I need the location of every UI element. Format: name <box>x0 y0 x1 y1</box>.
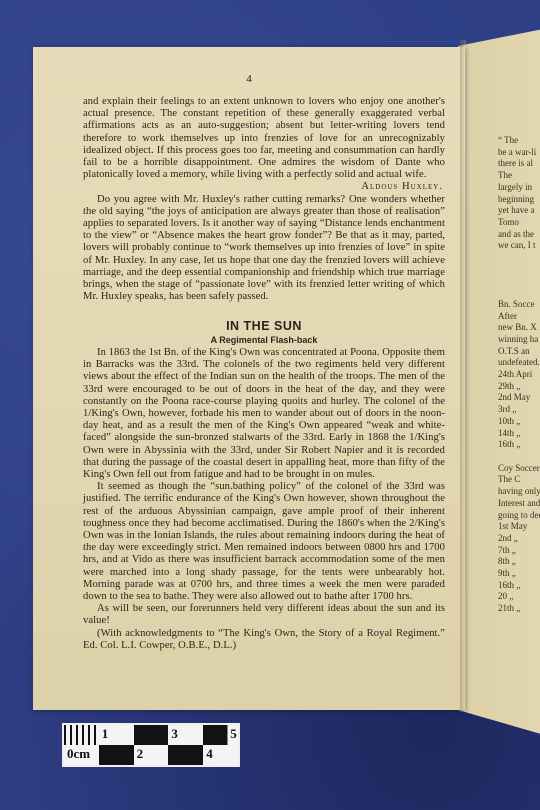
right-page-line <box>498 252 540 264</box>
scale-cell: 4 <box>203 745 238 765</box>
right-page-line: 16th „ <box>498 580 540 592</box>
right-page-line: The <box>498 170 540 182</box>
right-page-text: “ Thebe a war-lithere is alThelargely in… <box>498 135 540 615</box>
right-page-line: 21th „ <box>498 603 540 615</box>
right-page-line: be a war-li <box>498 147 540 159</box>
scale-cell: 3 <box>168 725 203 745</box>
right-page-line: 16th „ <box>498 439 540 451</box>
right-page-line: 3rd „ <box>498 404 540 416</box>
scale-label: 1 <box>102 726 109 742</box>
article-subtitle: A Regimental Flash-back <box>83 335 445 345</box>
right-page-line: The C <box>498 474 540 486</box>
right-page-line: there is al <box>498 158 540 170</box>
page-number: 4 <box>33 73 465 85</box>
right-page-line: 2nd „ <box>498 533 540 545</box>
left-page: 4 and explain their feelings to an exten… <box>33 47 465 710</box>
right-page-line: winning ha <box>498 334 540 346</box>
article-paragraph: It seemed as though the “sun.bathing pol… <box>83 481 445 603</box>
scale-label: 0cm <box>67 746 90 762</box>
scale-label: 4 <box>206 746 213 762</box>
right-page-line: beginning <box>498 194 540 206</box>
right-page-line: 10th „ <box>498 416 540 428</box>
right-page-line: 8th „ <box>498 556 540 568</box>
scale-label: 5 <box>230 726 237 742</box>
attribution: Aldous Huxley. <box>83 181 445 193</box>
intro-paragraph: and explain their feelings to an extent … <box>83 96 445 181</box>
right-page-line: yet have a <box>498 205 540 217</box>
right-page-line: 20 „ <box>498 591 540 603</box>
scale-label: 3 <box>171 726 178 742</box>
right-page-line: 29th „ <box>498 381 540 393</box>
scale-cell: 0cm <box>64 745 99 765</box>
article-body: In 1863 the 1st Bn. of the King's Own wa… <box>83 347 445 652</box>
commentary-paragraph: Do you agree with Mr. Huxley's rather cu… <box>83 194 445 304</box>
scale-cell <box>134 725 169 745</box>
right-page-line: O.T.S an <box>498 346 540 358</box>
right-page-line: Coy Soccer <box>498 463 540 475</box>
scale-cell-ticks <box>64 725 99 745</box>
right-page-line: 24th Apri <box>498 369 540 381</box>
right-page-line: having only <box>498 486 540 498</box>
right-page-line: 1st May <box>498 521 540 533</box>
scale-cell <box>168 745 203 765</box>
right-page-line: 9th „ <box>498 568 540 580</box>
scale-cell <box>99 745 134 765</box>
right-page-line: Tomo <box>498 217 540 229</box>
right-page-line <box>498 287 540 299</box>
right-page-line: and as the <box>498 229 540 241</box>
scale-cell: 5 <box>203 725 238 745</box>
right-page-line <box>498 264 540 276</box>
right-page-line: undefeated. <box>498 357 540 369</box>
acknowledgment: (With acknowledgments to “The King's Own… <box>83 628 445 652</box>
right-page-line: 2nd May <box>498 392 540 404</box>
scale-bar: 1 3 5 0cm 2 4 <box>62 723 240 767</box>
right-page-line: After <box>498 311 540 323</box>
right-page-line: Bn. Socce <box>498 299 540 311</box>
right-page-line: “ The <box>498 135 540 147</box>
right-page-line: we can, I t <box>498 240 540 252</box>
right-page-line <box>498 451 540 463</box>
right-page-line: new Bn. X <box>498 322 540 334</box>
article-title: IN THE SUN <box>83 319 445 333</box>
scale-label: 2 <box>137 746 144 762</box>
scale-cell: 2 <box>134 745 169 765</box>
right-page-line: going to dec <box>498 510 540 522</box>
article-paragraph: In 1863 the 1st Bn. of the King's Own wa… <box>83 347 445 481</box>
page-fold-shadow <box>460 40 466 712</box>
right-page-line: 7th „ <box>498 545 540 557</box>
article-paragraph: As will be seen, our forerunners held ve… <box>83 603 445 627</box>
intro-text-block: and explain their feelings to an extent … <box>83 96 445 303</box>
right-page-line <box>498 275 540 287</box>
scale-cell: 1 <box>99 725 134 745</box>
right-page-line: Interest and <box>498 498 540 510</box>
right-page-line: 14th „ <box>498 428 540 440</box>
right-page-line: largely in <box>498 182 540 194</box>
